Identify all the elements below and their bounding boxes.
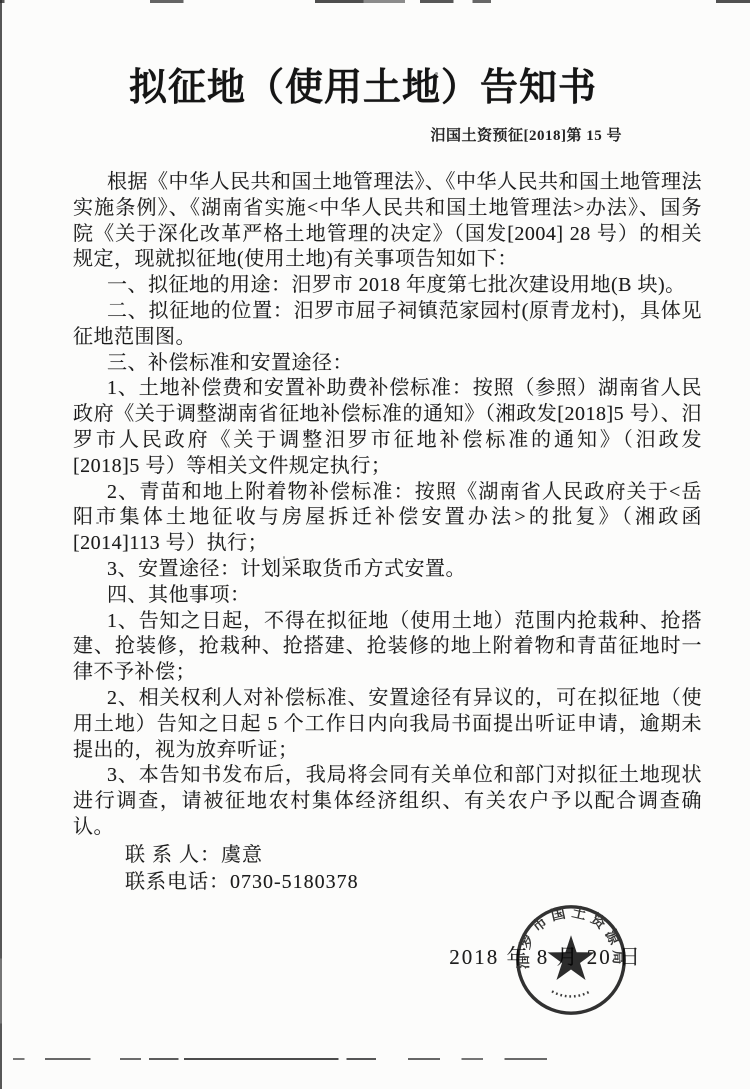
contact-phone-number: 0730-5180378 [230, 871, 359, 893]
attachments-compensation-clause: 2、青苗和地上附着物补偿标准：按照《湖南省人民政府关于<岳阳市集体土地征收与房屋… [73, 480, 702, 557]
land-use-purpose-item: 一、拟征地的用途：汨罗市 2018 年度第七批次建设用地(B 块)。 [73, 273, 702, 299]
scanned-notice-page: 拟征地（使用土地）告知书 汨国土资预征[2018]第 15 号 根据《中华人民共… [0, 0, 750, 1089]
official-seal: 汨罗市国土资源局 [514, 903, 628, 1017]
seal-star-icon [548, 935, 595, 980]
compensation-heading: 三、补偿标准和安置途径： [73, 351, 702, 377]
contact-person-name: 虞意 [221, 844, 263, 866]
page-title: 拟征地（使用土地）告知书 [0, 64, 726, 112]
scan-edge-artifact-left [0, 0, 2, 1089]
contact-phone-row: 联系电话：0730-5180378 [125, 869, 359, 896]
scan-speck [96, 522, 99, 524]
no-rush-planting-clause: 1、告知之日起，不得在拟征地（使用土地）范围内抢栽种、抢搭建、抢装修，抢栽种、抢… [73, 609, 702, 686]
compensation-standard-clause: 1、土地补偿费和安置补助费补偿标准：按照（参照）湖南省人民政府《关于调整湖南省征… [73, 376, 702, 479]
scan-line-artifact-bottom [13, 1058, 547, 1060]
scan-speck [283, 556, 285, 559]
doc-reference-number: 汨国土资预征[2018]第 15 号 [0, 124, 750, 145]
resettlement-method-clause: 3、安置途径：计划采取货币方式安置。 [73, 557, 702, 583]
contact-person-label: 联 系 人： [125, 844, 221, 866]
contact-phone-label: 联系电话： [125, 871, 230, 893]
contact-person-row: 联 系 人：虞意 [125, 842, 359, 869]
survey-cooperation-clause: 3、本告知书发布后，我局将会同有关单位和部门对拟征土地现状进行调查，请被征地农村… [73, 763, 702, 840]
contact-block: 联 系 人：虞意 联系电话：0730-5180378 [125, 842, 359, 896]
scan-speck [435, 72, 438, 75]
scan-edge-artifact-top [0, 0, 750, 3]
other-items-heading: 四、其他事项： [73, 583, 702, 609]
doc-body: 根据《中华人民共和国土地管理法》、《中华人民共和国土地管理法实施条例》、《湖南省… [0, 170, 750, 841]
land-location-item: 二、拟征地的位置：汨罗市屈子祠镇范家园村(原青龙村)，具体见征地范围图。 [73, 299, 702, 351]
hearing-rights-clause: 2、相关权利人对补偿标准、安置途径有异议的，可在拟征地（使用土地）告知之日起 5… [73, 686, 702, 763]
legal-basis-paragraph: 根据《中华人民共和国土地管理法》、《中华人民共和国土地管理法实施条例》、《湖南省… [73, 170, 702, 273]
seal-code-marks [552, 991, 590, 996]
